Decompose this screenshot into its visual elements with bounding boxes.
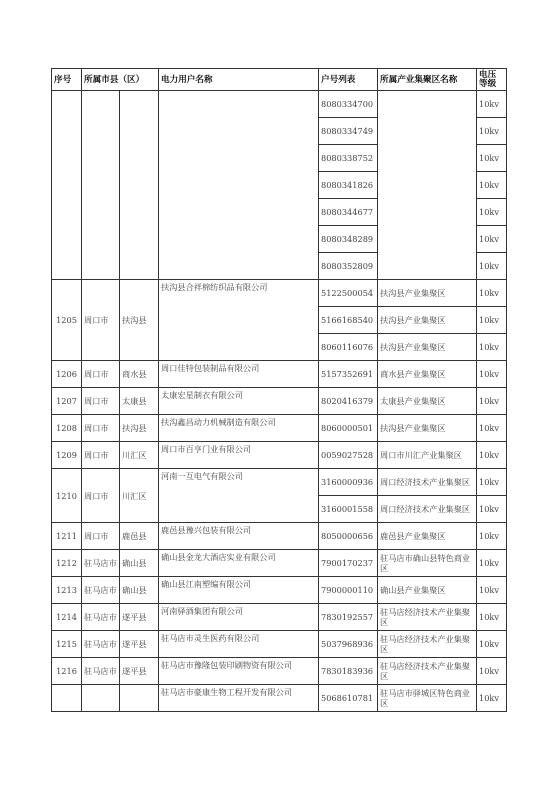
table-row: 1212驻马店市确山县确山县金龙大酒店实业有限公司7900170237驻马店市确… [52,550,507,577]
city-cell: 驻马店市 [82,577,120,604]
cluster-cell: 周口经济技术产业集聚区 [378,496,477,523]
power-user-table: 序号 所属市县（区） 电力用户名称 户号列表 所属产业集聚区名称 电压等级 80… [51,68,507,712]
header-voltage: 电压等级 [477,69,507,91]
seq-cell: 1207 [52,388,82,415]
account-cell: 8080344677 [319,199,378,226]
voltage-cell: 10kv [477,469,507,496]
account-cell: 8080348289 [319,226,378,253]
voltage-cell: 10kv [477,523,507,550]
voltage-cell: 10kv [477,415,507,442]
user-name-cell: 河南驿酒集团有限公司 [159,604,319,631]
header-seq: 序号 [52,69,82,91]
account-cell: 8080352809 [319,253,378,280]
account-cell: 8060116076 [319,334,378,361]
account-cell: 8050000656 [319,523,378,550]
table-row: 1215驻马店市遂平县驻马店市灵生医药有限公司5037968936驻马店经济技术… [52,631,507,658]
account-cell: 7900000110 [319,577,378,604]
table-row: 1211周口市鹿邑县鹿邑县豫兴包装有限公司8050000656鹿邑县产业集聚区1… [52,523,507,550]
county-cell: 扶沟县 [120,415,159,442]
user-name-cell: 太康宏星制衣有限公司 [159,388,319,415]
account-cell: 5166168540 [319,307,378,334]
county-cell: 川汇区 [120,469,159,523]
city-cell: 驻马店市 [82,550,120,577]
cluster-cell: 驻马店市驿城区特色商业区 [378,685,477,712]
cluster-cell: 周口经济技术产业集聚区 [378,469,477,496]
seq-cell: 1214 [52,604,82,631]
voltage-cell: 10kv [477,631,507,658]
user-name-cell: 驻马店市灵生医药有限公司 [159,631,319,658]
voltage-cell: 10kv [477,442,507,469]
voltage-cell: 10kv [477,577,507,604]
city-cell: 驻马店市 [82,604,120,631]
seq-cell: 1209 [52,442,82,469]
user-name-cell: 确山县金龙大酒店实业有限公司 [159,550,319,577]
city-cell: 驻马店市 [82,658,120,685]
cluster-cell [378,91,477,280]
county-cell: 鹿邑县 [120,523,159,550]
city-cell [82,685,120,712]
account-cell: 5157352691 [319,361,378,388]
seq-cell: 1205 [52,280,82,361]
table-row: 1206周口市商水县周口佳特包装制品有限公司5157352691商水县产业集聚区… [52,361,507,388]
cluster-cell: 确山县产业集聚区 [378,577,477,604]
account-cell: 7830192557 [319,604,378,631]
user-name-cell [159,91,319,280]
cluster-cell: 驻马店市确山县特色商业区 [378,550,477,577]
table-row: 1207周口市太康县太康宏星制衣有限公司8020416379太康县产业集聚区10… [52,388,507,415]
voltage-cell: 10kv [477,118,507,145]
header-user-name: 电力用户名称 [159,69,319,91]
header-region: 所属市县（区） [82,69,159,91]
account-cell: 5037968936 [319,631,378,658]
table-row: 1213驻马店市确山县确山县江南塑编有限公司7900000110确山县产业集聚区… [52,577,507,604]
seq-cell: 1211 [52,523,82,550]
voltage-cell: 10kv [477,658,507,685]
city-cell: 周口市 [82,415,120,442]
voltage-cell: 10kv [477,496,507,523]
table-row: 808033470010kv [52,91,507,118]
account-cell: 8080334749 [319,118,378,145]
account-cell: 8020416379 [319,388,378,415]
voltage-cell: 10kv [477,280,507,307]
voltage-cell: 10kv [477,199,507,226]
seq-cell: 1212 [52,550,82,577]
account-cell: 8080341826 [319,172,378,199]
table-row: 1216驻马店市遂平县驻马店市豫隆包装印刷物资有限公司7830183936驻马店… [52,658,507,685]
cluster-cell: 扶沟县产业集聚区 [378,334,477,361]
seq-cell: 1215 [52,631,82,658]
account-cell: 7900170237 [319,550,378,577]
cluster-cell: 驻马店经济技术产业集聚区 [378,604,477,631]
user-name-cell: 鹿邑县豫兴包装有限公司 [159,523,319,550]
voltage-cell: 10kv [477,91,507,118]
table-header-row: 序号 所属市县（区） 电力用户名称 户号列表 所属产业集聚区名称 电压等级 [52,69,507,91]
voltage-cell: 10kv [477,253,507,280]
city-cell: 周口市 [82,361,120,388]
account-cell: 8060000501 [319,415,378,442]
cluster-cell: 周口市川汇产业集聚区 [378,442,477,469]
account-cell: 3160000936 [319,469,378,496]
voltage-cell: 10kv [477,172,507,199]
city-cell: 周口市 [82,388,120,415]
seq-cell [52,685,82,712]
user-name-cell: 扶沟鑫昌动力机械制造有限公司 [159,415,319,442]
user-name-cell: 扶沟县合祥棉纺织品有限公司 [159,280,319,361]
user-name-cell: 周口佳特包装制品有限公司 [159,361,319,388]
cluster-cell: 扶沟县产业集聚区 [378,280,477,307]
table-row: 1209周口市川汇区周口市百亨门业有限公司0059027528周口市川汇产业集聚… [52,442,507,469]
cluster-cell: 扶沟县产业集聚区 [378,307,477,334]
seq-cell: 1206 [52,361,82,388]
county-cell: 商水县 [120,361,159,388]
city-cell: 周口市 [82,523,120,550]
seq-cell [52,91,82,280]
county-cell: 遂平县 [120,631,159,658]
seq-cell: 1216 [52,658,82,685]
city-cell [82,91,120,280]
account-cell: 7830183936 [319,658,378,685]
seq-cell: 1213 [52,577,82,604]
county-cell: 遂平县 [120,658,159,685]
table-row: 驻马店市豪康生物工程开发有限公司5068610781驻马店市驿城区特色商业区10… [52,685,507,712]
voltage-cell: 10kv [477,388,507,415]
user-name-cell: 驻马店市豫隆包装印刷物资有限公司 [159,658,319,685]
voltage-cell: 10kv [477,604,507,631]
city-cell: 驻马店市 [82,631,120,658]
table-row: 1205周口市扶沟县扶沟县合祥棉纺织品有限公司5122500054扶沟县产业集聚… [52,280,507,307]
county-cell: 确山县 [120,550,159,577]
county-cell: 太康县 [120,388,159,415]
county-cell: 扶沟县 [120,280,159,361]
cluster-cell: 太康县产业集聚区 [378,388,477,415]
county-cell: 遂平县 [120,604,159,631]
voltage-cell: 10kv [477,145,507,172]
account-cell: 5068610781 [319,685,378,712]
voltage-cell: 10kv [477,334,507,361]
user-name-cell: 周口市百亨门业有限公司 [159,442,319,469]
city-cell: 周口市 [82,280,120,361]
county-cell [120,685,159,712]
table-row: 1214驻马店市遂平县河南驿酒集团有限公司7830192557驻马店经济技术产业… [52,604,507,631]
voltage-cell: 10kv [477,685,507,712]
table-body: 808033470010kv808033474910kv808033875210… [52,91,507,712]
user-name-cell: 河南一互电气有限公司 [159,469,319,523]
county-cell: 确山县 [120,577,159,604]
user-name-cell: 确山县江南塑编有限公司 [159,577,319,604]
table-row: 1210周口市川汇区河南一互电气有限公司3160000936周口经济技术产业集聚… [52,469,507,496]
account-cell: 3160001558 [319,496,378,523]
voltage-cell: 10kv [477,226,507,253]
city-cell: 周口市 [82,469,120,523]
seq-cell: 1208 [52,415,82,442]
county-cell: 川汇区 [120,442,159,469]
header-account-list: 户号列表 [319,69,378,91]
voltage-cell: 10kv [477,361,507,388]
account-cell: 5122500054 [319,280,378,307]
voltage-cell: 10kv [477,550,507,577]
city-cell: 周口市 [82,442,120,469]
account-cell: 8080338752 [319,145,378,172]
seq-cell: 1210 [52,469,82,523]
header-cluster-name: 所属产业集聚区名称 [378,69,477,91]
account-cell: 8080334700 [319,91,378,118]
table-row: 1208周口市扶沟县扶沟鑫昌动力机械制造有限公司8060000501扶沟县产业集… [52,415,507,442]
cluster-cell: 驻马店经济技术产业集聚区 [378,658,477,685]
account-cell: 0059027528 [319,442,378,469]
county-cell [120,91,159,280]
cluster-cell: 驻马店经济技术产业集聚区 [378,631,477,658]
cluster-cell: 商水县产业集聚区 [378,361,477,388]
cluster-cell: 鹿邑县产业集聚区 [378,523,477,550]
voltage-cell: 10kv [477,307,507,334]
cluster-cell: 扶沟县产业集聚区 [378,415,477,442]
user-name-cell: 驻马店市豪康生物工程开发有限公司 [159,685,319,712]
